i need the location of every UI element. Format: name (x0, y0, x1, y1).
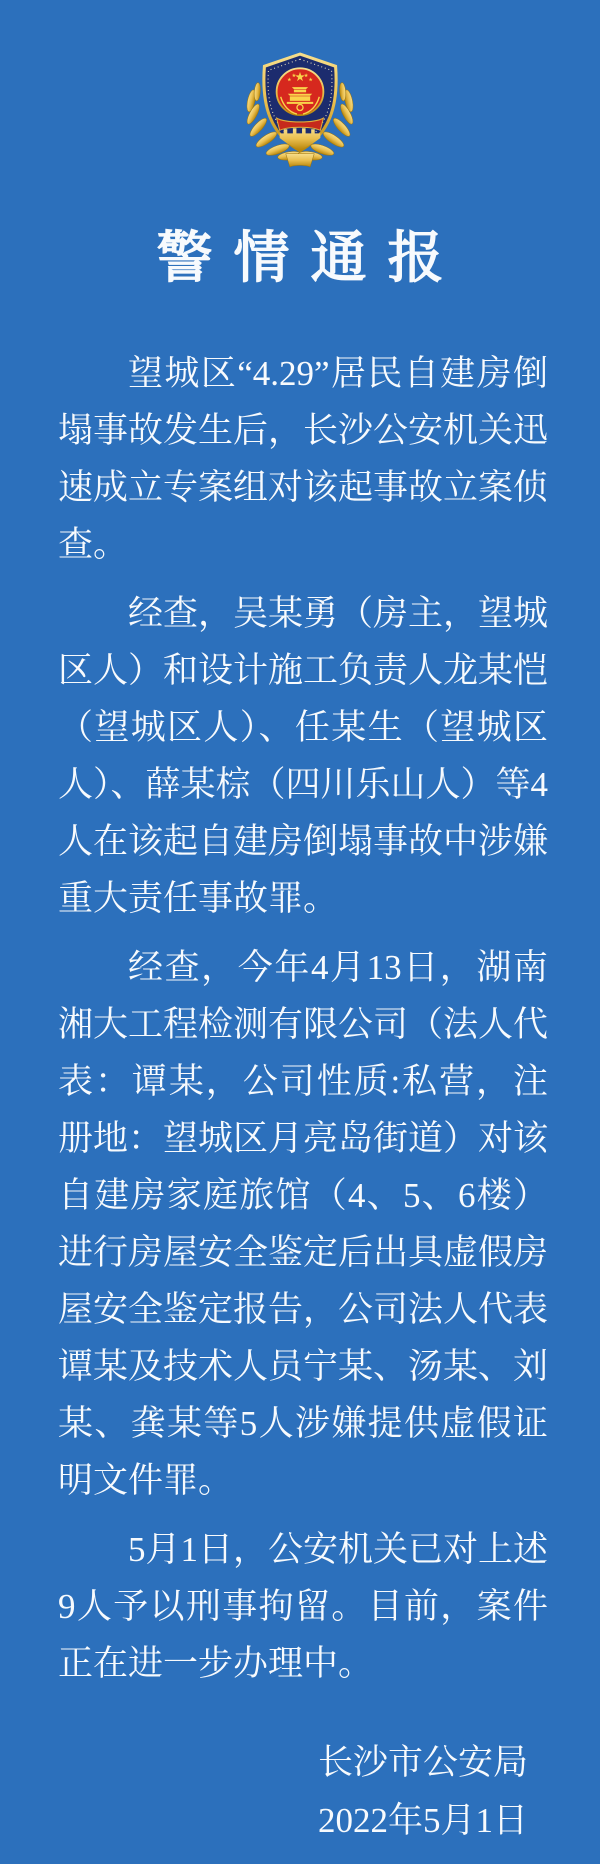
notice-body: 望城区“4.29”居民自建房倒塌事故发生后，长沙公安机关迅速成立专案组对该起事故… (0, 345, 600, 1692)
notice-paragraph-2: 经查，吴某勇（房主，望城区人）和设计施工负责人龙某恺（望城区人）、任某生（望城区… (58, 585, 548, 927)
police-emblem-icon (239, 48, 361, 172)
signature-agency: 长沙市公安局 (0, 1734, 528, 1792)
signature-block: 长沙市公安局 2022年5月1日 (0, 1734, 600, 1850)
notice-paragraph-1: 望城区“4.29”居民自建房倒塌事故发生后，长沙公安机关迅速成立专案组对该起事故… (58, 345, 548, 573)
notice-paragraph-4: 5月1日，公安机关已对上述9人予以刑事拘留。目前，案件正在进一步办理中。 (58, 1521, 548, 1692)
notice-paragraph-3: 经查，今年4月13日，湖南湘大工程检测有限公司（法人代表：谭某，公司性质:私营，… (58, 939, 548, 1509)
badge-container (0, 0, 600, 172)
signature-date: 2022年5月1日 (0, 1792, 528, 1850)
police-notice-page: 警情通报 望城区“4.29”居民自建房倒塌事故发生后，长沙公安机关迅速成立专案组… (0, 0, 600, 1864)
page-title: 警情通报 (0, 226, 600, 293)
